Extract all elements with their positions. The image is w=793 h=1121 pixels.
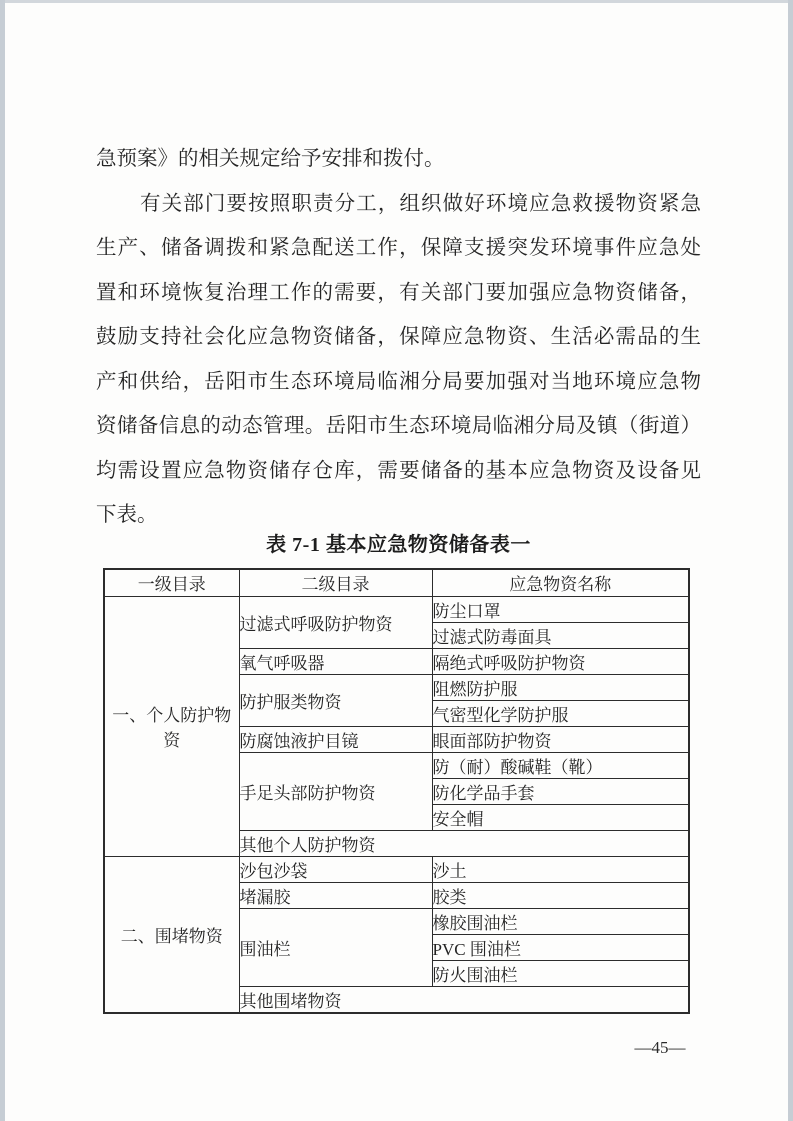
group-cell: 围油栏 [239, 908, 432, 986]
table-row: 一、个人防护物资过滤式呼吸防护物资防尘口罩 [104, 596, 689, 622]
group-cell: 防护服类物资 [239, 674, 432, 726]
item-cell: 沙土 [432, 856, 689, 882]
scan-edge-left [0, 0, 5, 1121]
scan-edge-right [788, 0, 793, 1121]
table-header-row: 一级目录 二级目录 应急物资名称 [104, 569, 689, 596]
item-cell: 阻燃防护服 [432, 674, 689, 700]
group-cell: 其他个人防护物资 [239, 830, 689, 856]
item-cell: PVC 围油栏 [432, 934, 689, 960]
text-line: 产和供给，岳阳市生态环境局临湘分局要加强对当地环境应急物 [96, 360, 701, 405]
text-line: 均需设置应急物资储存仓库，需要储备的基本应急物资及设备见 [96, 449, 701, 494]
group-cell: 防腐蚀液护目镜 [239, 726, 432, 752]
item-cell: 气密型化学防护服 [432, 700, 689, 726]
group-cell: 沙包沙袋 [239, 856, 432, 882]
group-cell: 过滤式呼吸防护物资 [239, 596, 432, 648]
item-cell: 防尘口罩 [432, 596, 689, 622]
group-cell: 堵漏胶 [239, 882, 432, 908]
header-level2-catalog: 二级目录 [239, 569, 432, 596]
text-line: 鼓励支持社会化应急物资储备，保障应急物资、生活必需品的生 [96, 315, 701, 360]
table-caption: 表 7-1 基本应急物资储备表一 [96, 529, 701, 561]
item-cell: 过滤式防毒面具 [432, 622, 689, 648]
text-line: 置和环境恢复治理工作的需要，有关部门要加强应急物资储备， [96, 271, 701, 316]
header-supply-name: 应急物资名称 [432, 569, 689, 596]
emergency-supplies-table: 一级目录 二级目录 应急物资名称 一、个人防护物资过滤式呼吸防护物资防尘口罩过滤… [103, 568, 690, 1014]
table-row: 二、围堵物资沙包沙袋沙土 [104, 856, 689, 882]
item-cell: 胶类 [432, 882, 689, 908]
page-number: —45— [620, 1036, 700, 1060]
text-line: 资储备信息的动态管理。岳阳市生态环境局临湘分局及镇（街道） [96, 404, 701, 449]
item-cell: 防火围油栏 [432, 960, 689, 986]
text-line: 急预案》的相关规定给予安排和拨付。 [96, 137, 701, 182]
scan-edge-top [0, 0, 793, 3]
header-level1-catalog: 一级目录 [104, 569, 239, 596]
item-cell: 隔绝式呼吸防护物资 [432, 648, 689, 674]
group-cell: 氧气呼吸器 [239, 648, 432, 674]
item-cell: 安全帽 [432, 804, 689, 830]
scanned-document-page: 急预案》的相关规定给予安排和拨付。有关部门要按照职责分工，组织做好环境应急救援物… [0, 0, 793, 1121]
item-cell: 防（耐）酸碱鞋（靴） [432, 752, 689, 778]
category-cell: 一、个人防护物资 [104, 596, 239, 856]
group-cell: 手足头部防护物资 [239, 752, 432, 830]
item-cell: 眼面部防护物资 [432, 726, 689, 752]
text-line: 有关部门要按照职责分工，组织做好环境应急救援物资紧急 [96, 182, 701, 227]
text-line: 生产、储备调拨和紧急配送工作，保障支援突发环境事件应急处 [96, 226, 701, 271]
item-cell: 橡胶围油栏 [432, 908, 689, 934]
body-text: 急预案》的相关规定给予安排和拨付。有关部门要按照职责分工，组织做好环境应急救援物… [96, 137, 701, 538]
category-cell: 二、围堵物资 [104, 856, 239, 1013]
group-cell: 其他围堵物资 [239, 986, 689, 1013]
item-cell: 防化学品手套 [432, 778, 689, 804]
